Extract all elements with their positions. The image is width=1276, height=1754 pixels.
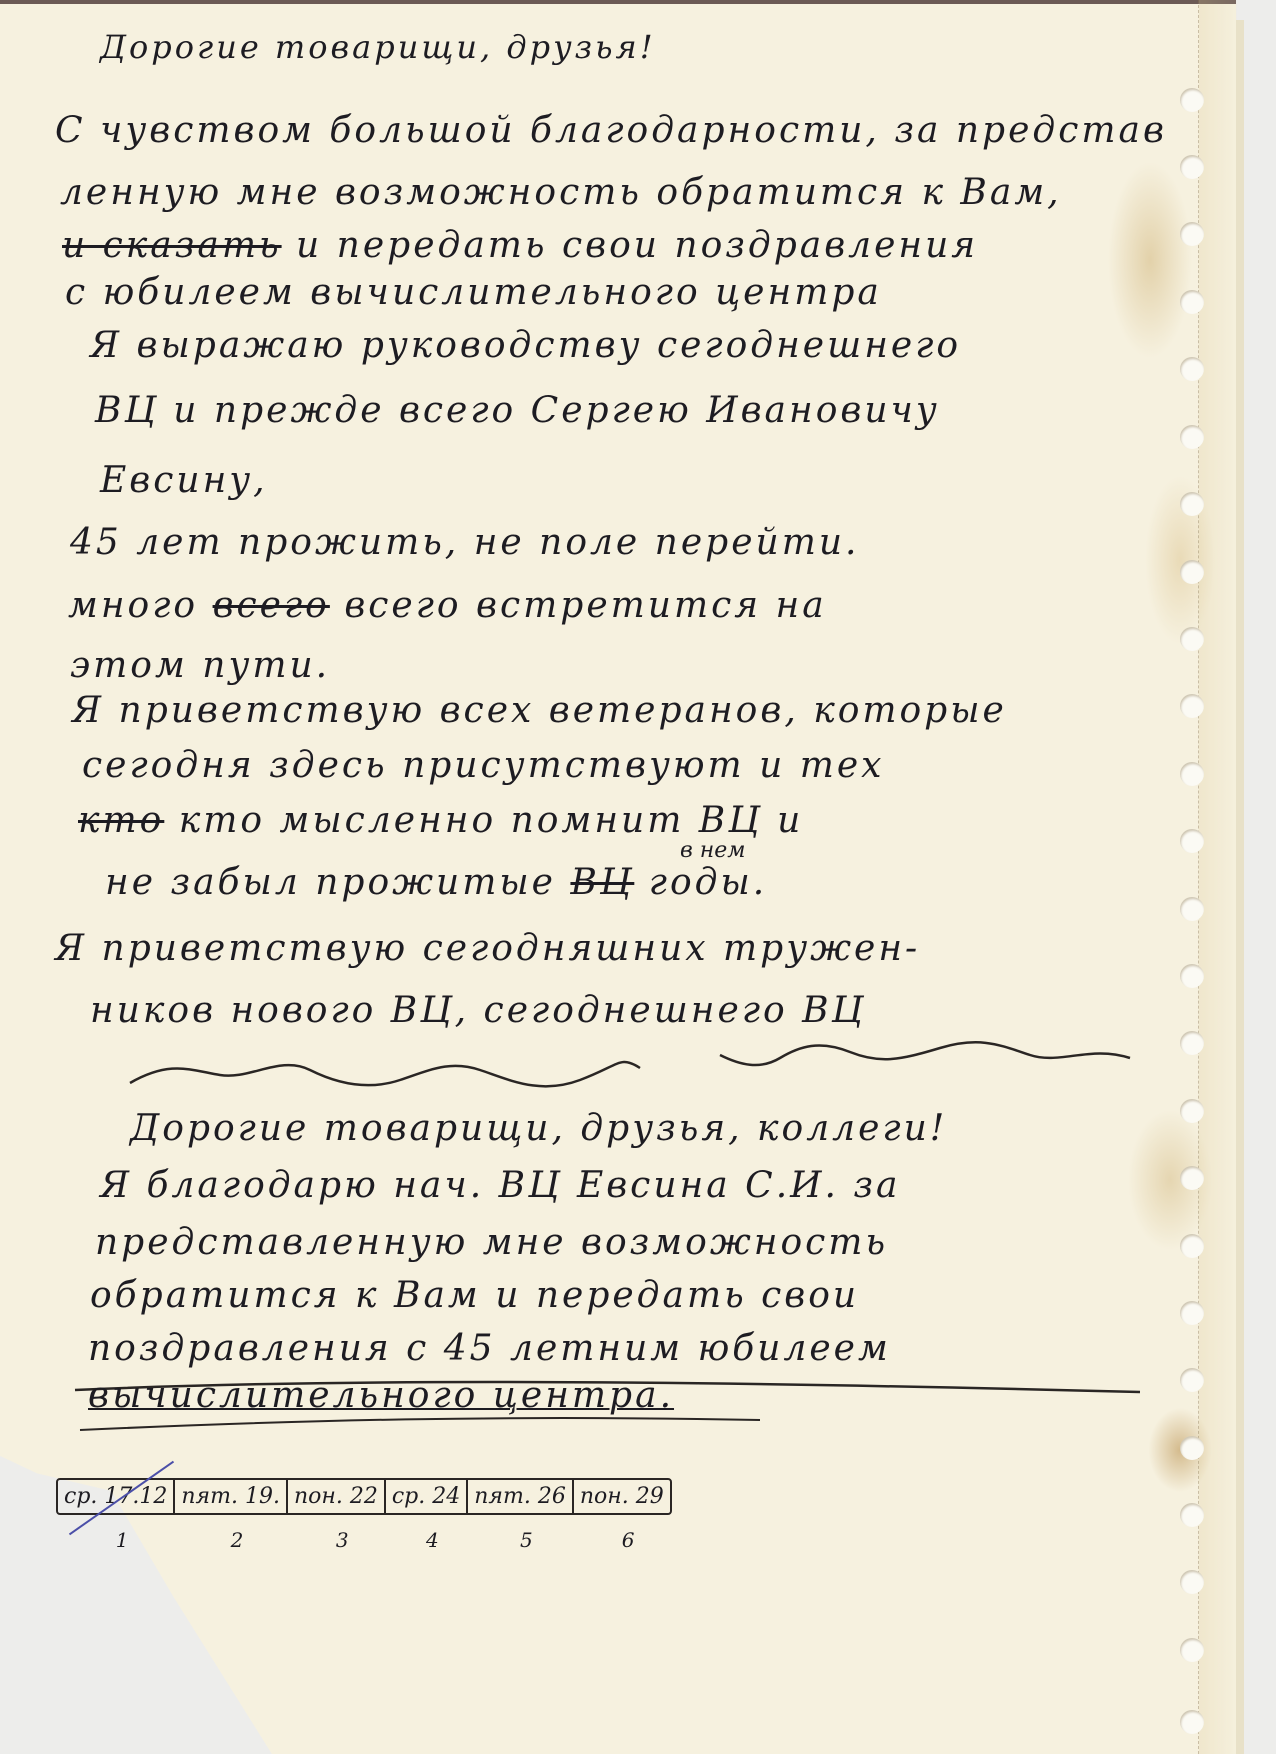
schedule-table: ср. 17.12 1 пят. 19. 2 пон. 22 3 ср. 24 … — [56, 1478, 672, 1515]
schedule-cell: пят. 19. 2 — [175, 1480, 288, 1513]
schedule-cell: ср. 24 4 — [386, 1480, 468, 1513]
schedule-date: ср. 17.12 — [64, 1484, 167, 1509]
schedule-number: 6 — [622, 1528, 635, 1552]
schedule-number: 3 — [336, 1528, 349, 1552]
text-line: Я благодарю нач. ВЦ Евсина С.И. за — [100, 1165, 901, 1206]
schedule-number: 5 — [520, 1528, 533, 1552]
schedule-number: 2 — [231, 1528, 244, 1552]
text-line: вычислительного центра. — [88, 1375, 674, 1416]
schedule-number: 1 — [116, 1528, 129, 1552]
schedule-number: 4 — [426, 1528, 439, 1552]
schedule-date: пон. 22 — [294, 1484, 378, 1509]
schedule-cell: пон. 22 3 — [288, 1480, 386, 1513]
text-line: поздравления с 45 летним юбилеем — [88, 1328, 891, 1369]
text-line: обратится к Вам и передать свои — [90, 1275, 859, 1316]
paper-edge — [1236, 20, 1244, 1754]
schedule-date: пят. 26 — [474, 1484, 566, 1509]
schedule-date: ср. 24 — [392, 1484, 460, 1509]
salutation-2: Дорогие товарищи, друзья, коллеги! — [130, 1108, 947, 1149]
schedule-date: пон. 29 — [580, 1484, 664, 1509]
text-line: представленную мне возможность — [95, 1222, 888, 1263]
schedule-date: пят. 19. — [181, 1484, 280, 1509]
schedule-cell: ср. 17.12 1 — [58, 1480, 175, 1513]
schedule-cell: пят. 26 5 — [468, 1480, 574, 1513]
schedule-cell: пон. 29 6 — [574, 1480, 670, 1513]
